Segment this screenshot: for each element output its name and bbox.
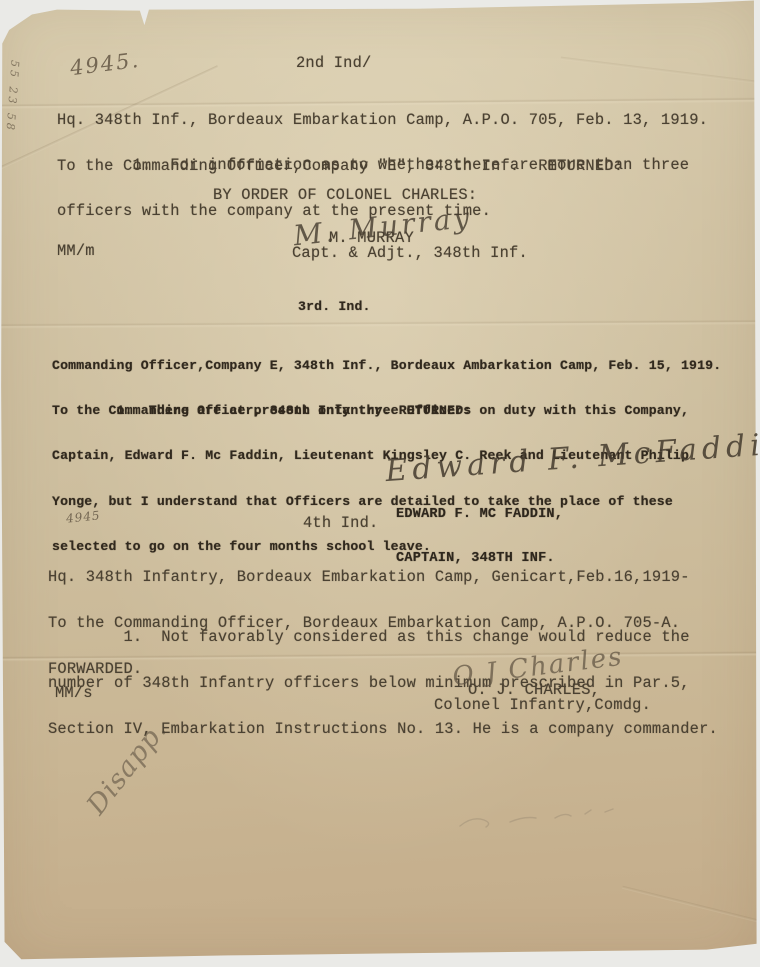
paper-crease: [622, 886, 760, 928]
typist-initials: MM/s: [55, 686, 93, 701]
signer-title: Colonel Infantry,Comdg.: [434, 698, 651, 713]
indorsement-4-heading: 4th Ind.: [303, 516, 379, 531]
indorsement-2-heading: 2nd Ind/: [296, 56, 372, 71]
indorsement-4-body: 1. Not favorably considered as this chan…: [48, 600, 718, 752]
text-line: Hq. 348th Inf., Bordeaux Embarkation Cam…: [57, 113, 708, 128]
signer-name: EDWARD F. MC FADDIN,: [396, 508, 563, 523]
text-line: Commanding Officer,Company E, 348th Inf.…: [52, 358, 721, 373]
text-line: 1. There are at present only three Offic…: [52, 403, 689, 418]
text-line: Yonge, but I understand that Officers ar…: [52, 494, 689, 509]
signer-title: Capt. & Adjt., 348th Inf.: [292, 246, 528, 261]
text-line: Section IV, Embarkation Instructions No.…: [48, 722, 718, 737]
text-line: number of 348th Infantry officers below …: [48, 676, 718, 691]
typist-initials: MM/m: [57, 244, 95, 259]
text-line: Hq. 348th Infantry, Bordeaux Embarkation…: [48, 570, 690, 585]
text-line: 1. For information as to whether there a…: [57, 158, 689, 173]
faint-pencil-mark: [455, 800, 625, 836]
order-line: BY ORDER OF COLONEL CHARLES:: [213, 188, 477, 203]
paper-crease: [561, 57, 760, 87]
indorsement-3-heading: 3rd. Ind.: [298, 299, 371, 314]
